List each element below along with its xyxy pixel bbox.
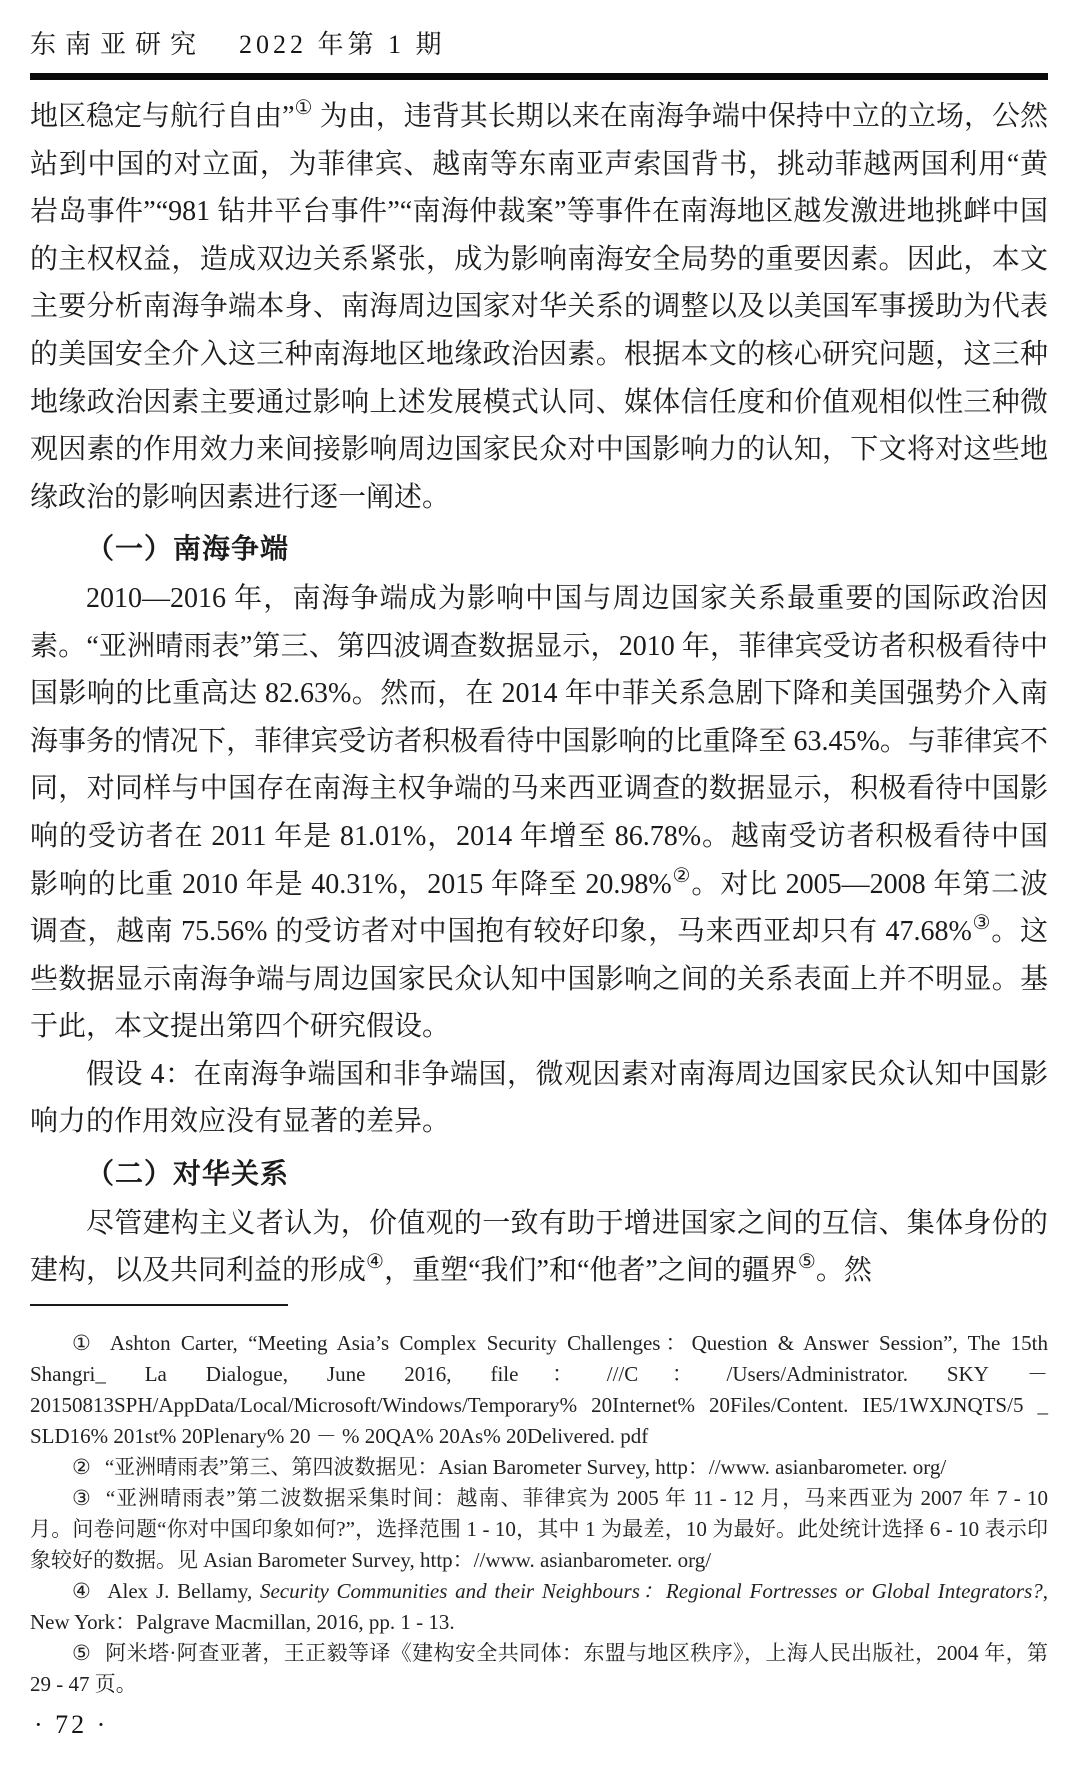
footnote-marker-5: ⑤ — [72, 1641, 105, 1665]
journal-page: 东南亚研究 2022 年第 1 期 地区稳定与航行自由”① 为由，违背其长期以来… — [0, 0, 1078, 1775]
journal-title: 东南亚研究 — [30, 24, 205, 61]
header-rule — [30, 73, 1048, 80]
footnote-text-4: Alex J. Bellamy, Security Communities an… — [30, 1579, 1048, 1634]
footnote-text-2: “亚洲晴雨表”第三、第四波数据见：Asian Barometer Survey,… — [105, 1455, 946, 1479]
footnote-5: ⑤阿米塔·阿查亚著，王正毅等译《建构安全共同体：东盟与地区秩序》，上海人民出版社… — [30, 1638, 1048, 1700]
section-heading-1: （一）南海争端 — [30, 525, 1048, 573]
footnote-marker-3: ③ — [72, 1486, 106, 1510]
issue-label: 2022 年第 1 期 — [239, 24, 446, 61]
footnote-text-3: “亚洲晴雨表”第二波数据采集时间：越南、菲律宾为 2005 年 11 - 12 … — [30, 1486, 1048, 1572]
footnote-3: ③“亚洲晴雨表”第二波数据采集时间：越南、菲律宾为 2005 年 11 - 12… — [30, 1483, 1048, 1576]
footnote-marker-4: ④ — [72, 1579, 107, 1603]
section-heading-2: （二）对华关系 — [30, 1150, 1048, 1198]
footnote-ref: ④ — [366, 1251, 384, 1273]
footnote-2: ②“亚洲晴雨表”第三、第四波数据见：Asian Barometer Survey… — [30, 1452, 1048, 1483]
body-paragraph-intro: 地区稳定与航行自由”① 为由，违背其长期以来在南海争端中保持中立的立场，公然站到… — [30, 93, 1048, 521]
footnote-text-5: 阿米塔·阿查亚著，王正毅等译《建构安全共同体：东盟与地区秩序》，上海人民出版社，… — [30, 1641, 1048, 1696]
body-paragraph-hypothesis-4: 假设 4：在南海争端国和非争端国，微观因素对南海周边国家民众认知中国影响力的作用… — [30, 1051, 1048, 1146]
running-header: 东南亚研究 2022 年第 1 期 — [30, 24, 1048, 61]
footnote-ref: ① — [295, 97, 313, 119]
body-paragraph-south-china-sea: 2010—2016 年，南海争端成为影响中国与周边国家关系最重要的国际政治因素。… — [30, 575, 1048, 1051]
footnote-ref: ⑤ — [798, 1251, 816, 1273]
italic-book-title: Security Communities and their Neighbour… — [260, 1579, 1043, 1603]
footnote-text-1: Ashton Carter, “Meeting Asia’s Complex S… — [30, 1331, 1048, 1448]
footnote-4: ④Alex J. Bellamy, Security Communities a… — [30, 1576, 1048, 1638]
footnote-1: ①Ashton Carter, “Meeting Asia’s Complex … — [30, 1328, 1048, 1452]
footnote-ref: ② — [672, 864, 692, 886]
footnote-ref: ③ — [972, 912, 991, 934]
footnote-marker-1: ① — [72, 1331, 110, 1355]
body-paragraph-china-relations: 尽管建构主义者认为，价值观的一致有助于增进国家之间的互信、集体身份的建构，以及共… — [30, 1200, 1048, 1295]
footnote-marker-2: ② — [72, 1455, 105, 1479]
footnote-separator — [30, 1304, 288, 1306]
footnotes-block: ①Ashton Carter, “Meeting Asia’s Complex … — [30, 1328, 1048, 1700]
page-number: · 72 · — [34, 1710, 108, 1740]
article-body: 地区稳定与航行自由”① 为由，违背其长期以来在南海争端中保持中立的立场，公然站到… — [30, 93, 1048, 1295]
